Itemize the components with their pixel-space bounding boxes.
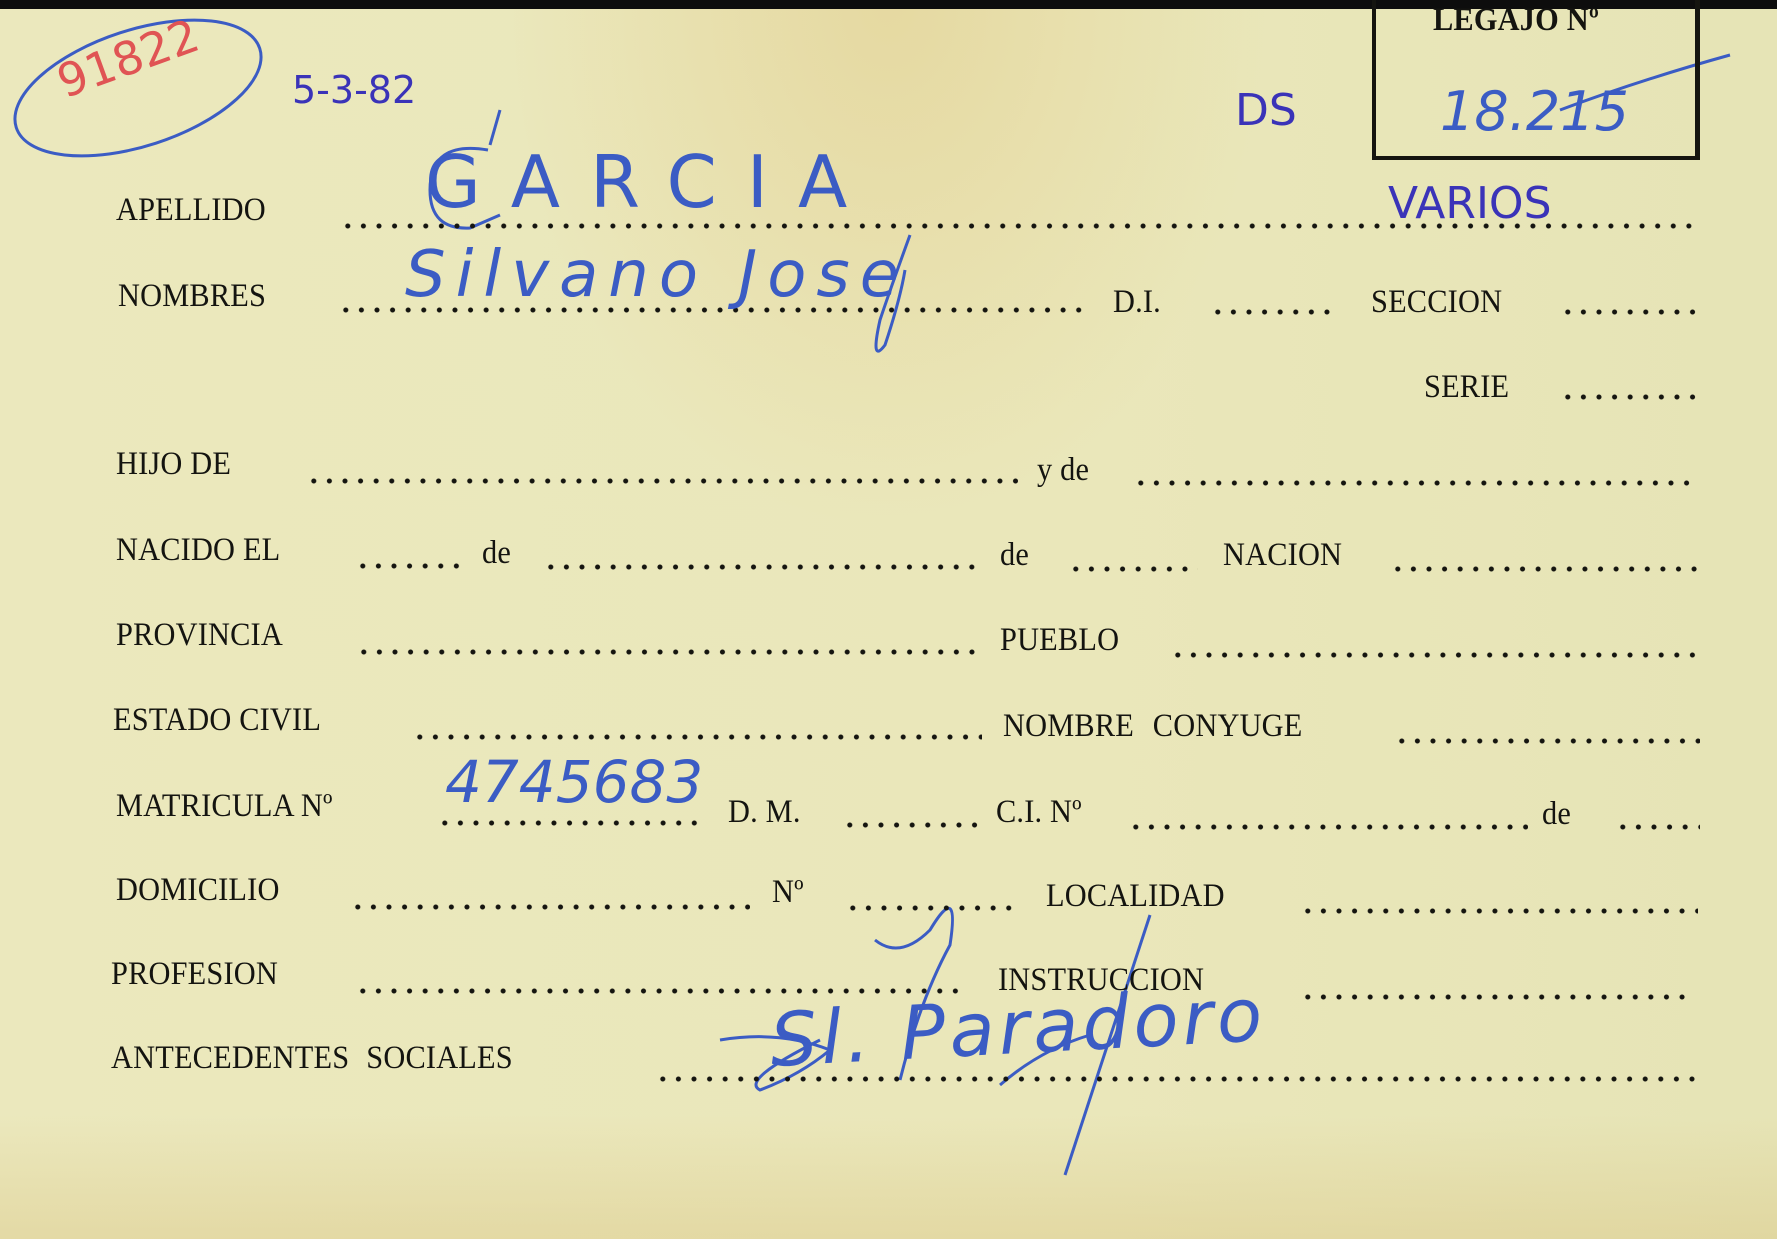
nombres-label: NOMBRES: [118, 278, 266, 315]
seccion-field[interactable]: [1560, 309, 1700, 315]
matricula-field[interactable]: [437, 820, 707, 826]
antecedentes-label: ANTECEDENTES SOCIALES: [111, 1040, 513, 1077]
di-field[interactable]: [1210, 309, 1338, 315]
instruccion-field[interactable]: [1300, 994, 1690, 1000]
provincia-label: PROVINCIA: [116, 617, 283, 654]
nacion-label: NACION: [1223, 537, 1342, 574]
di-label: D.I.: [1113, 284, 1161, 321]
ci-de-label: de: [1542, 796, 1571, 833]
ci-de-field[interactable]: [1615, 824, 1700, 830]
pueblo-field[interactable]: [1170, 652, 1700, 658]
serie-field[interactable]: [1560, 394, 1700, 400]
nacido-mes-field[interactable]: [543, 564, 980, 570]
localidad-label: LOCALIDAD: [1046, 878, 1225, 915]
ci-label: C.I. Nº: [996, 794, 1082, 831]
domicilio-label: DOMICILIO: [116, 872, 280, 909]
legajo-value[interactable]: 18.215: [1440, 80, 1629, 143]
domicilio-field[interactable]: [350, 904, 750, 910]
nombres-value[interactable]: Silvano Jose: [405, 238, 909, 312]
dm-field[interactable]: [842, 822, 982, 828]
provincia-field[interactable]: [356, 649, 981, 655]
estado-civil-label: ESTADO CIVIL: [113, 702, 321, 739]
nacido-de2-label: de: [1000, 537, 1029, 574]
nombre-conyuge-field[interactable]: [1394, 738, 1700, 744]
localidad-field[interactable]: [1300, 908, 1698, 914]
nacido-el-label: NACIDO EL: [116, 532, 280, 569]
hijo-de-label: HIJO DE: [116, 446, 231, 483]
domicilio-no-field[interactable]: [845, 905, 1020, 911]
seccion-label: SECCION: [1371, 284, 1502, 321]
dm-label: D. M.: [728, 794, 801, 831]
index-card: 91822 5-3-82 DS LEGAJO Nº 18.215 VARIOS …: [0, 0, 1777, 1239]
nacido-dia-field[interactable]: [355, 563, 465, 569]
legajo-label: LEGAJO Nº: [1433, 2, 1599, 39]
matricula-value[interactable]: 4745683: [445, 748, 703, 816]
ci-field[interactable]: [1128, 824, 1528, 830]
estado-civil-field[interactable]: [412, 734, 982, 740]
profesion-label: PROFESION: [111, 956, 278, 993]
domicilio-no-label: Nº: [772, 874, 804, 911]
pueblo-label: PUEBLO: [1000, 622, 1119, 659]
y-de-field[interactable]: [1133, 480, 1698, 486]
nombre-conyuge-label: NOMBRE CONYUGE: [1003, 708, 1303, 745]
ds-annotation: DS: [1235, 85, 1297, 136]
matricula-label: MATRICULA Nº: [116, 788, 333, 825]
nacido-de1-label: de: [482, 535, 511, 572]
varios-annotation: VARIOS: [1388, 178, 1552, 229]
y-de-label: y de: [1037, 452, 1089, 489]
hijo-de-field[interactable]: [306, 478, 1018, 484]
apellido-value[interactable]: GARCIA: [425, 140, 877, 224]
serie-label: SERIE: [1424, 369, 1509, 406]
date-annotation: 5-3-82: [292, 68, 416, 112]
apellido-label: APELLIDO: [116, 192, 266, 229]
nacido-anio-field[interactable]: [1068, 566, 1198, 572]
nacion-field[interactable]: [1390, 566, 1700, 572]
